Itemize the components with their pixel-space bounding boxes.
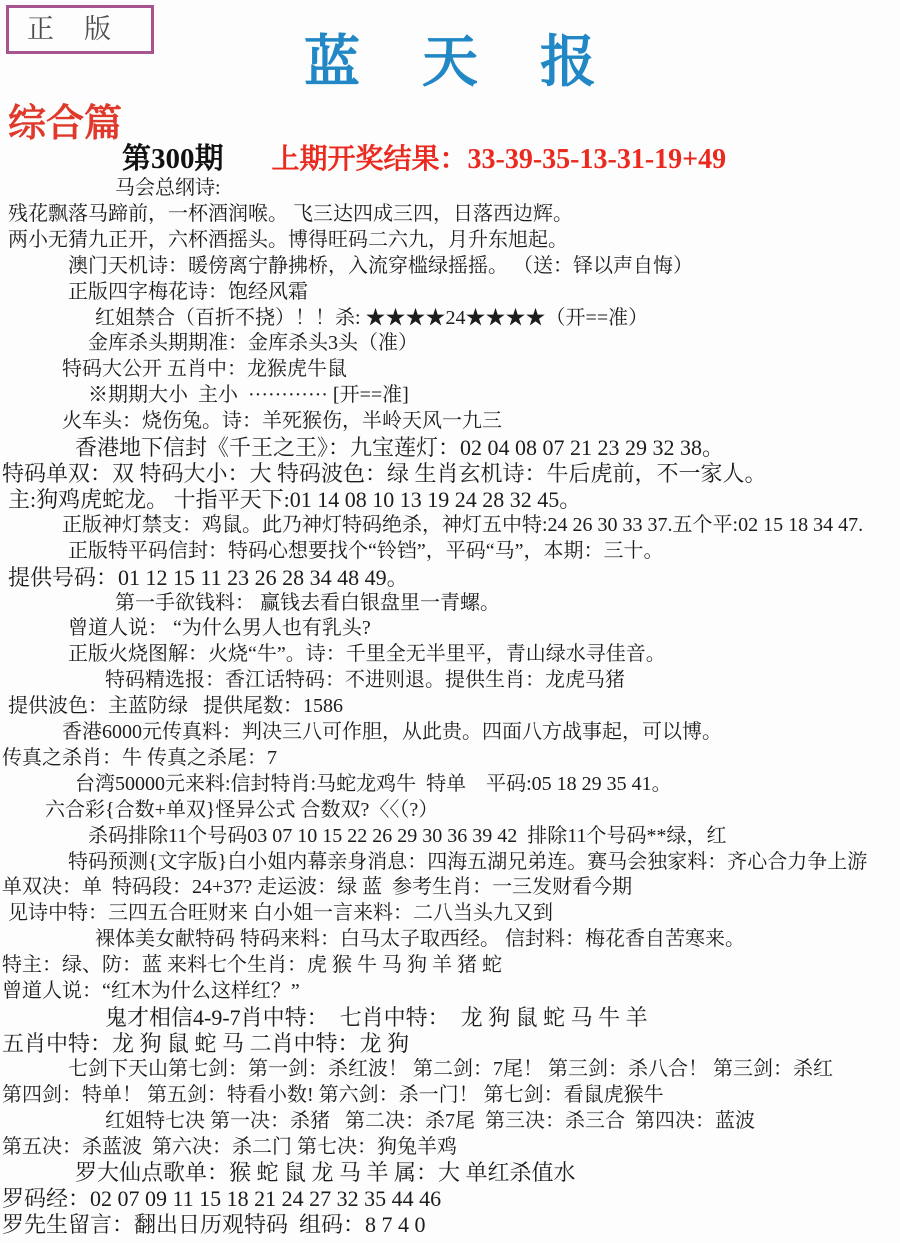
text-line-29: 见诗中特：三四五合旺财来 白小姐一言来料：二八当头九又到	[0, 901, 900, 927]
text-line-22: 香港6000元传真料：判决三八可作胆，从此贵。四面八方战事起，可以博。	[0, 720, 900, 746]
text-line-27: 特码预测{文字版}白小姐内幕亲身消息：四海五湖兄弟连。赛马会独家料：齐心合力争上…	[0, 850, 900, 876]
text-line-38: 第五决：杀蓝波 第六决：杀二门 第七决：狗兔羊鸡	[0, 1135, 900, 1161]
text-line-9: ※期期大小 主小 ············ [开==准]	[0, 383, 900, 409]
text-line-7: 金库杀头期期准：金库杀头3头（准）	[0, 331, 900, 357]
text-line-6: 红姐禁合（百折不挠）！！杀: ★★★★24★★★★（开==准）	[0, 306, 900, 332]
text-line-25: 六合彩{合数+单双}怪异公式 合数双?〈〈（?）	[0, 798, 900, 824]
text-line-20: 特码精选报：香江话特码：不进则退。提供生肖：龙虎马猪	[0, 668, 900, 694]
text-line-16: 提供号码：01 12 15 11 23 26 28 34 48 49。	[0, 565, 900, 591]
text-line-21: 提供波色：主蓝防绿 提供尾数：1586	[0, 694, 900, 720]
text-line-41: 罗先生留言：翻出日历观特码 组码：8 7 4 0	[0, 1212, 900, 1238]
text-line-28: 单双决：单 特码段：24+37? 走运波：绿 蓝 参考生肖：一三发财看今期	[0, 875, 900, 901]
newspaper-page: 正版 蓝天报 综合篇 第300期 上期开奖结果：33-39-35-13-31-1…	[0, 0, 900, 1243]
text-line-35: 七剑下天山第七剑：第一剑：杀红波！ 第二剑：7尾！ 第三剑：杀八合！ 第三剑：杀…	[0, 1057, 900, 1083]
text-line-2: 残花飘落马蹄前，一杯酒润喉。 飞三达四成三四，日落西边辉。	[0, 202, 900, 228]
text-line-19: 正版火烧图解：火烧“牛”。诗：千里全无半里平，青山绿水寻佳音。	[0, 642, 900, 668]
text-line-5: 正版四字梅花诗：饱经风霜	[0, 280, 900, 306]
text-line-36: 第四剑：特单！ 第五剑：特看小数! 第六剑：杀一门！ 第七剑：看鼠虎猴牛	[0, 1083, 900, 1109]
text-line-10: 火车头：烧伤兔。诗：羊死猴伤，半岭天风一九三	[0, 409, 900, 435]
page-title-text: 蓝天报	[304, 32, 658, 94]
text-line-39: 罗大仙点歌单：猴 蛇 鼠 龙 马 羊 属：大 单红杀值水	[0, 1160, 900, 1186]
body-lines: 马会总纲诗:残花飘落马蹄前，一杯酒润喉。 飞三达四成三四，日落西边辉。两小无猜九…	[0, 176, 900, 1238]
text-line-8: 特码大公开 五肖中：龙猴虎牛鼠	[0, 357, 900, 383]
text-line-1: 马会总纲诗:	[0, 176, 900, 202]
text-line-26: 杀码排除11个号码03 07 10 15 22 26 29 30 36 39 4…	[0, 824, 900, 850]
text-line-24: 台湾50000元来料:信封特肖:马蛇龙鸡牛 特单 平码:05 18 29 35 …	[0, 772, 900, 798]
text-line-14: 正版神灯禁支：鸡鼠。此乃神灯特码绝杀，神灯五中特:24 26 30 33 37.…	[0, 513, 900, 539]
last-draw-result: 上期开奖结果：33-39-35-13-31-19+49	[272, 137, 727, 177]
text-line-12: 特码单双：双 特码大小：大 特码波色：绿 生肖玄机诗：牛后虎前，不一家人。	[0, 461, 900, 487]
section-title: 综合篇	[8, 92, 122, 147]
text-line-34: 五肖中特：龙 狗 鼠 蛇 马 二肖中特：龙 狗	[0, 1031, 900, 1057]
text-line-23: 传真之杀肖：牛 传真之杀尾：7	[0, 746, 900, 772]
page-title: 蓝天报	[0, 18, 900, 98]
text-line-40: 罗码经：02 07 09 11 15 18 21 24 27 32 35 44 …	[0, 1186, 900, 1212]
text-line-3: 两小无猜九正开，六杯酒摇头。博得旺码二六九，月升东旭起。	[0, 228, 900, 254]
text-line-18: 曾道人说： “为什么男人也有乳头?	[0, 616, 900, 642]
text-line-15: 正版特平码信封：特码心想要找个“铃铛”，平码“马”，本期：三十。	[0, 539, 900, 565]
text-line-33: 鬼才相信4-9-7肖中特： 七肖中特： 龙 狗 鼠 蛇 马 牛 羊	[0, 1005, 900, 1031]
text-line-17: 第一手欲钱料： 赢钱去看白银盘里一青螺。	[0, 591, 900, 617]
text-line-4: 澳门天机诗：暖傍离宁静拂桥，入流穿槛绿摇摇。 （送：铎以声自悔）	[0, 254, 900, 280]
text-line-32: 曾道人说：“红木为什么这样红？”	[0, 979, 900, 1005]
text-line-30: 裸体美女献特码 特码来料：白马太子取西经。 信封料：梅花香自苦寒来。	[0, 927, 900, 953]
issue-row: 第300期 上期开奖结果：33-39-35-13-31-19+49	[122, 136, 726, 177]
text-line-31: 特主：绿、防：蓝 来料七个生肖：虎 猴 牛 马 狗 羊 猪 蛇	[0, 953, 900, 979]
text-line-13: 主:狗鸡虎蛇龙。 十指平天下:01 14 08 10 13 19 24 28 3…	[0, 487, 900, 513]
text-line-37: 红姐特七决 第一决：杀猪 第二决：杀7尾 第三决：杀三合 第四决：蓝波	[0, 1109, 900, 1135]
text-line-11: 香港地下信封《千王之王》：九宝莲灯：02 04 08 07 21 23 29 3…	[0, 435, 900, 461]
issue-number: 第300期	[122, 136, 224, 177]
